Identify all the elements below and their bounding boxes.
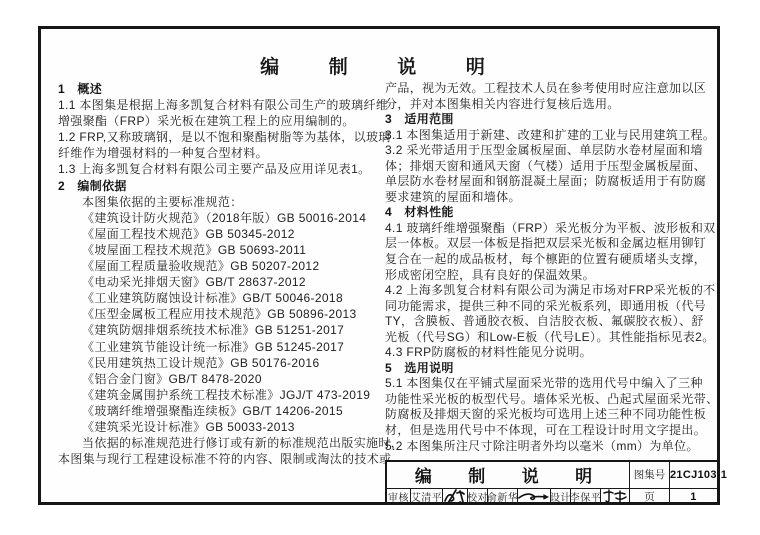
title-block-row-top: 编 制 说 明 图集号 21CJ103-1 [387,462,717,489]
text-line: 《民用建筑热工设计规范》GB 50176-2016 [58,355,376,371]
text-line: 1.1 本图集是根据上海多凯复合材料有限公司生产的玻璃纤维 [58,97,376,113]
text-line: 本图集依据的主要标准规范： [58,194,376,210]
atlas-number-value: 21CJ103-1 [669,462,727,488]
page-number-label: 页 [629,489,669,505]
title-block-row-bottom: 审核 艾清平 校对 俞新华 设计 李保平 页 [387,489,717,505]
text-line: 功能性采光板的板型代号。墙体采光板、凸起式屋面采光带、 [385,392,715,408]
text-line: 3 适用范围 [385,112,715,128]
left-text-column: 1 概述1.1 本图集是根据上海多凯复合材料有限公司生产的玻璃纤维增强聚酯（FR… [58,81,376,467]
text-line: 3.2 采光带适用于压型金属板屋面、单层防水卷材屋面和墙 [385,143,715,159]
text-line: 产品，视为无效。工程技术人员在参考使用时应注意加以区 [385,81,715,97]
drawing-frame: 编 制 说 明 1 概述1.1 本图集是根据上海多凯复合材料有限公司生产的玻璃纤… [38,26,720,505]
text-line: 4 材料性能 [385,205,715,221]
page-number-value: 1 [669,489,717,505]
text-line: 材，但是选用代号中不体现，可在工程设计时用文字提出。 [385,423,715,439]
text-line: 《坡屋面工程技术规范》GB 50693-2011 [58,242,376,258]
text-line: 同功能需求，提供三种不同的采光板系列，即通用板（代号 [385,299,715,315]
text-line: 2 编制依据 [58,178,376,194]
text-line: 《工业建筑防腐蚀设计标准》GB/T 50046-2018 [58,290,376,306]
text-line: 要求建筑的屋面和墙体。 [385,190,715,206]
text-line: 《屋面工程技术规范》GB 50345-2012 [58,226,376,242]
text-line: 光板（代号SG）和Low-E板（代号LE）。其性能指标见表2。 [385,330,715,346]
text-line: 4.2 上海多凯复合材料有限公司为满足市场对FRP采光板的不 [385,283,715,299]
text-line: 1.3 上海多凯复合材料有限公司主要产品及应用详见表1。 [58,161,376,177]
title-block: 编 制 说 明 图集号 21CJ103-1 审核 艾清平 校对 俞新华 设计 李… [385,460,717,502]
text-line: 体；排烟天窗和通风天窗（气楼）适用于压型金属板屋面、 [385,159,715,175]
text-line: 当依据的标准规范进行修订或有新的标准规范出版实施时， [58,435,376,451]
reviewer-label: 审核 [387,489,410,505]
text-line: 复合在一起的成品板材，每个檩距的位置有硬质堵头支撑， [385,252,715,268]
proofreader-label: 校对 [467,489,487,505]
text-line: 5.1 本图集仅在平铺式屋面采光带的选用代号中编入了三种 [385,376,715,392]
text-line: 1.2 FRP,又称玻璃钢，是以不饱和聚酯树脂等为基体，以玻璃 [58,129,376,145]
right-text-column: 产品，视为无效。工程技术人员在参考使用时应注意加以区分，并对本图集相关内容进行复… [385,81,715,454]
text-line: 《工业建筑节能设计统一标准》GB 51245-2017 [58,339,376,355]
reviewer-name: 艾清平 [410,489,442,505]
text-line: 《建筑采光设计标准》GB 50033-2013 [58,419,376,435]
text-line: 《建筑防烟排烟系统技术标准》GB 51251-2017 [58,322,376,338]
atlas-number-label: 图集号 [629,462,669,488]
page-title: 编 制 说 明 [41,52,717,79]
text-line: 5 选用说明 [385,361,715,377]
text-line: 《屋面工程质量验收规范》GB 50207-2012 [58,258,376,274]
designer-label: 设计 [550,489,570,505]
text-line: 《玻璃纤维增强聚酯连续板》GB/T 14206-2015 [58,403,376,419]
designer-name: 李保平 [570,489,600,505]
text-line: 增强聚酯（FRP）采光板在建筑工程上的应用编制的。 [58,113,376,129]
text-line: 单层防水卷材屋面和钢筋混凝土屋面；防腐板适用于有防腐 [385,174,715,190]
text-line: 《电动采光排烟天窗》GB/T 28637-2012 [58,274,376,290]
text-line: 分，并对本图集相关内容进行复核后选用。 [385,97,715,113]
text-line: 《压型金属板工程应用技术规范》GB 50896-2013 [58,306,376,322]
text-line: 形成密闭空腔，具有良好的保温效果。 [385,268,715,284]
text-line: 《建筑设计防火规范》（2018年版）GB 50016-2014 [58,210,376,226]
text-line: 1 概述 [58,81,376,97]
text-line: 防腐板及排烟天窗的采光板均可选用上述三种不同功能性板 [385,407,715,423]
proofreader-signature [517,489,550,505]
text-line: 4.1 玻璃纤维增强聚酯（FRP）采光板分为平板、波形板和双 [385,221,715,237]
text-line: 层一体板。双层一体板是指把双层采光板和金属边框用铆钉 [385,236,715,252]
text-line: 4.3 FRP防腐板的材料性能见分说明。 [385,345,715,361]
text-line: 纤维作为增强材料的一种复合型材料。 [58,145,376,161]
text-line: 本图集与现行工程建设标准不符的内容、限制或淘汰的技术或 [58,451,376,467]
proofreader-name: 俞新华 [487,489,517,505]
text-line: 3.1 本图集适用于新建、改建和扩建的工业与民用建筑工程。 [385,128,715,144]
reviewer-signature [442,489,467,505]
text-line: 《建筑金属围护系统工程技术标准》JGJ/T 473-2019 [58,387,376,403]
text-line: TY，含膜板、普通胶衣板、自洁胶衣板、氟碳胶衣板）、舒 [385,314,715,330]
designer-signature [600,489,629,505]
title-block-title: 编 制 说 明 [387,462,629,488]
text-line: 《铝合金门窗》GB/T 8478-2020 [58,371,376,387]
text-line: 5.2 本图集所注尺寸除注明者外均以毫米（mm）为单位。 [385,439,715,455]
